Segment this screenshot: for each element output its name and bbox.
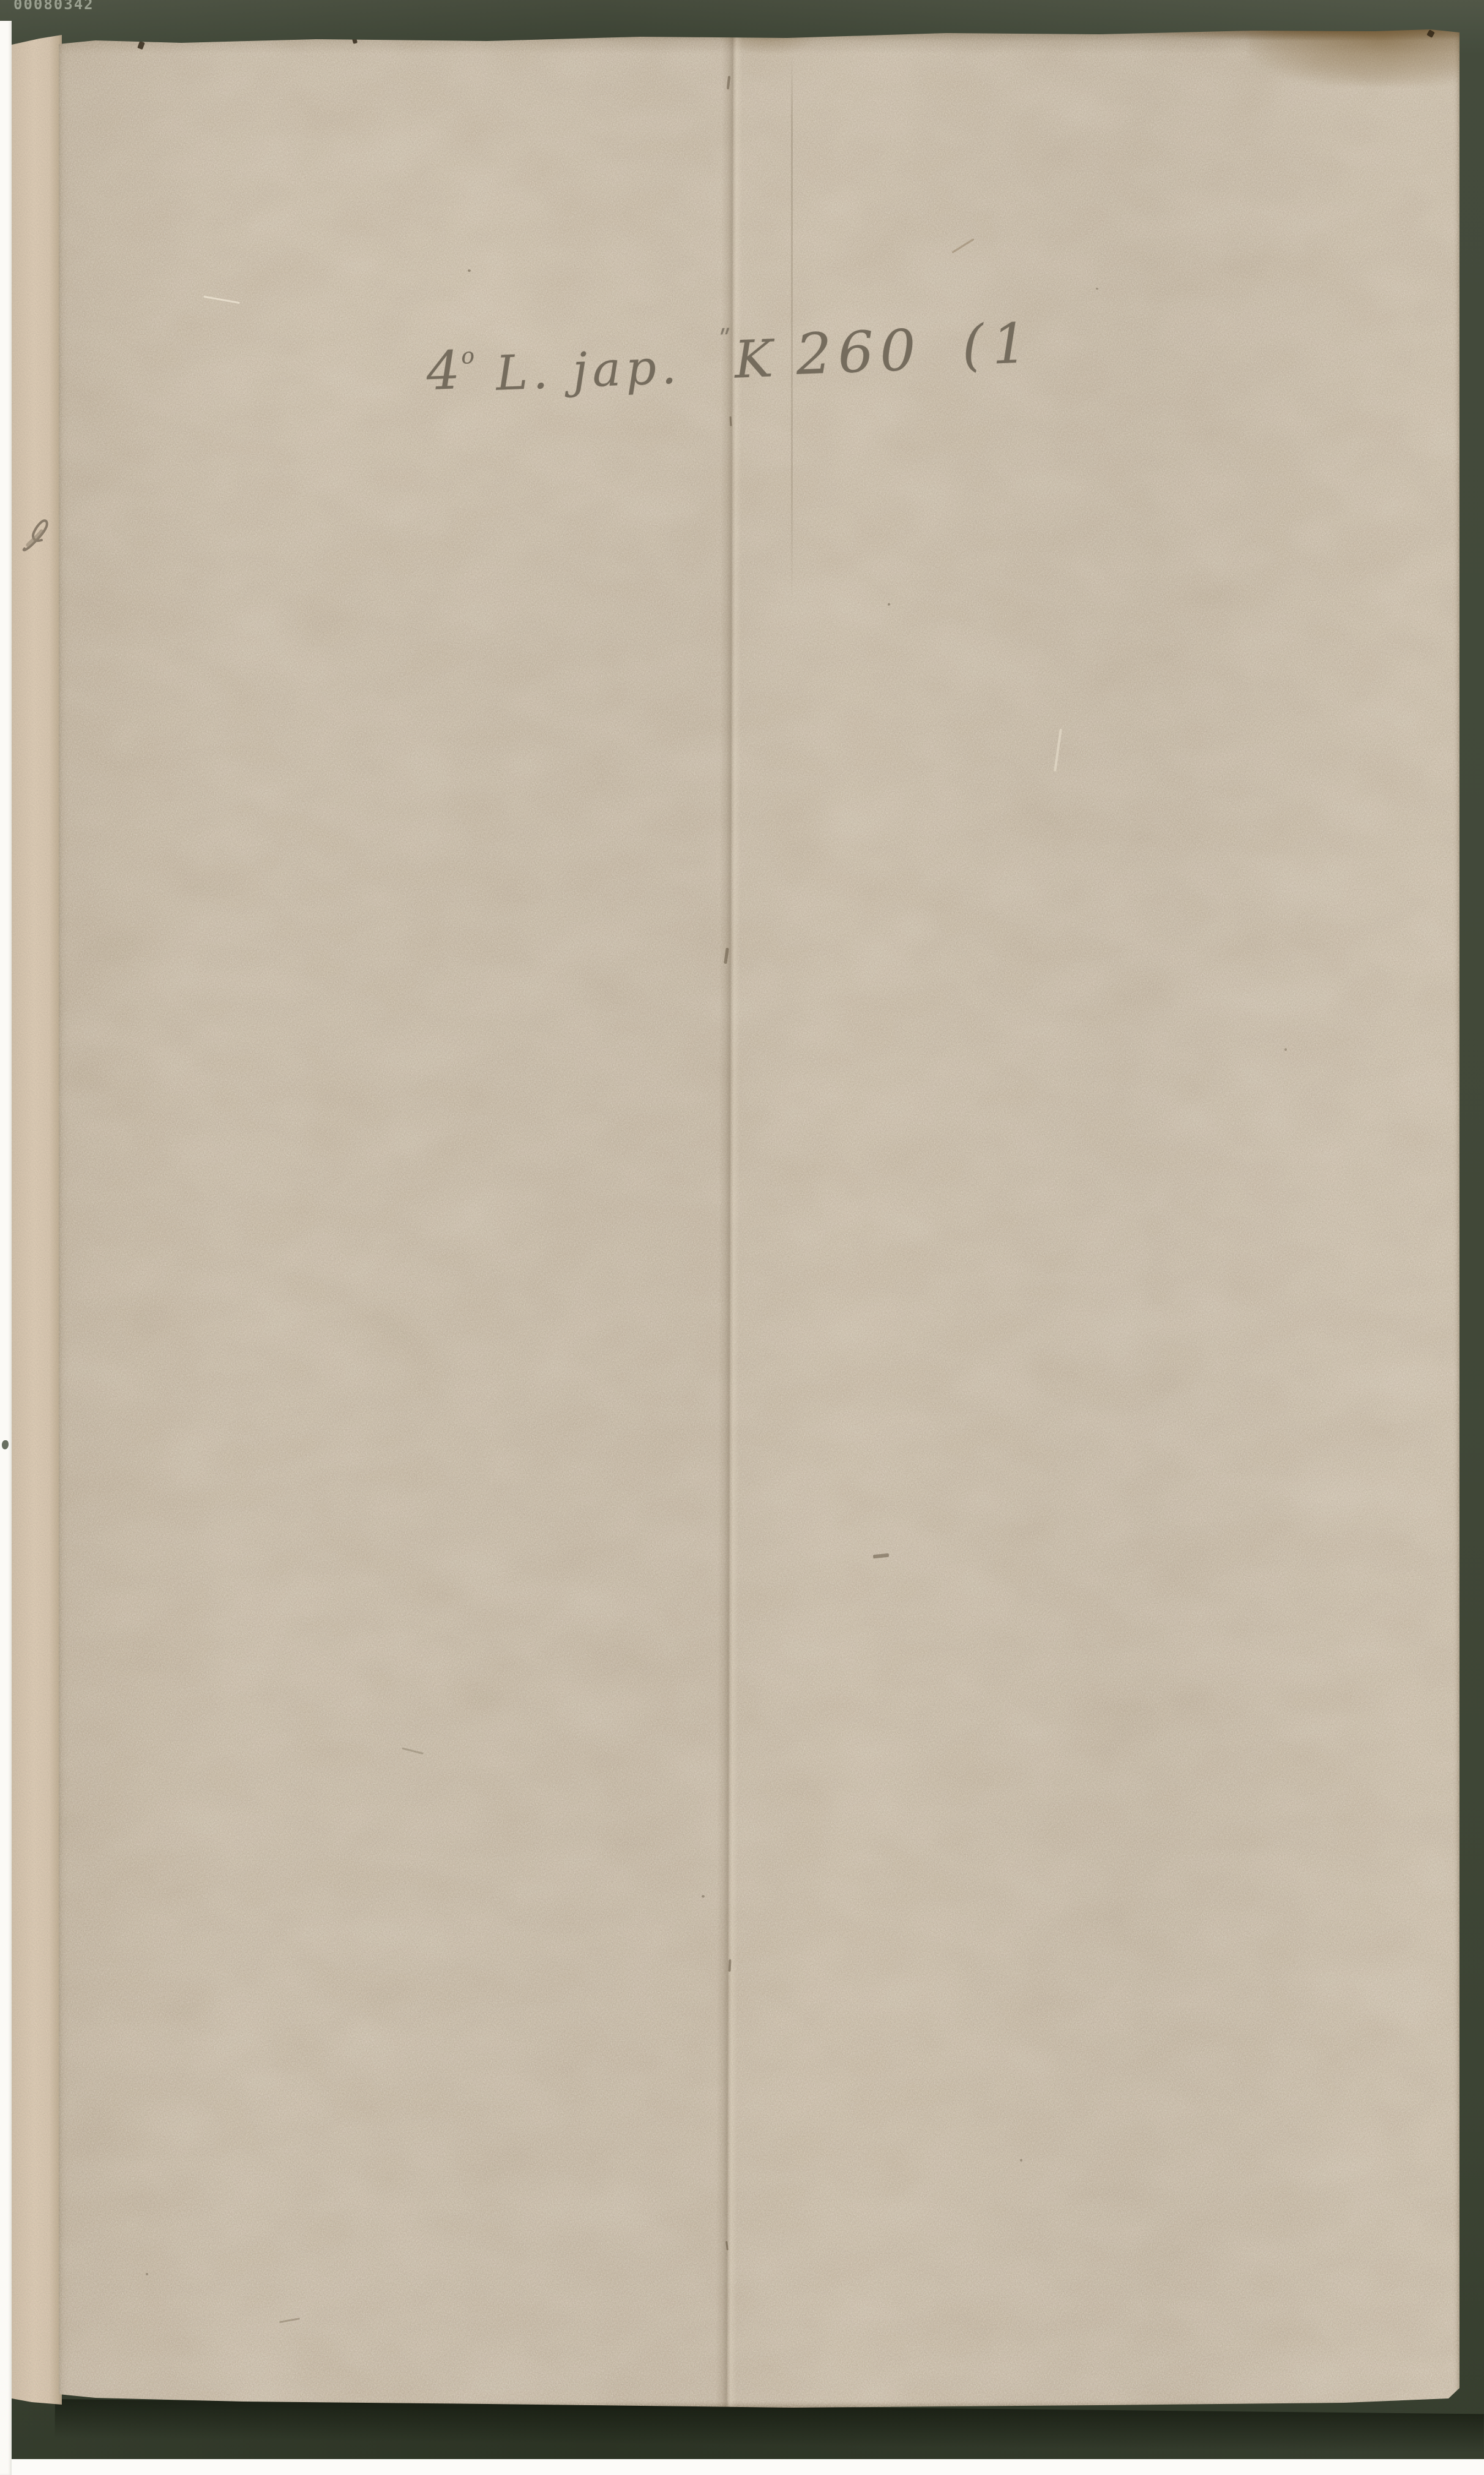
paper-speck xyxy=(468,269,471,272)
shelfmark-inscription: 4oL. jap.ʺK260(1 xyxy=(425,314,1037,403)
page-stack-edge xyxy=(12,35,62,2405)
paper-grain-texture xyxy=(12,35,62,2405)
paper-fiber xyxy=(951,238,974,254)
shelfmark-number: 260 xyxy=(795,317,923,388)
edge-speck xyxy=(2,1440,9,1449)
paper-fiber xyxy=(402,1748,424,1755)
shelfmark-tick-mark: ʺ xyxy=(719,325,732,355)
paper-speck xyxy=(1284,1048,1287,1051)
paper-speck xyxy=(702,1895,705,1898)
paper-fiber xyxy=(203,296,240,304)
crease-crack xyxy=(873,1553,889,1559)
paper-speck xyxy=(1020,2159,1022,2161)
paper-speck xyxy=(146,2273,148,2275)
shelfmark-collection: L. jap. xyxy=(495,339,682,402)
shelfmark-fascicle: (1 xyxy=(961,311,1036,378)
paper-fiber xyxy=(1054,729,1062,772)
pencil-hook-mark xyxy=(21,508,64,557)
paper-speck xyxy=(1096,288,1098,290)
scanner-bed-edge xyxy=(0,21,12,2475)
shelfmark-letter: K xyxy=(733,328,774,389)
digitization-id: 00080342 xyxy=(13,0,94,13)
shelfmark-format-exponent: o xyxy=(460,344,474,369)
paper-fiber xyxy=(279,2318,300,2323)
shelfmark-format-digit: 4 xyxy=(425,340,462,402)
scanned-book-page: 4oL. jap.ʺK260(1 00080342 xyxy=(0,0,1484,2475)
paper-speck xyxy=(888,603,890,606)
book-page: 4oL. jap.ʺK260(1 xyxy=(59,24,1460,2408)
